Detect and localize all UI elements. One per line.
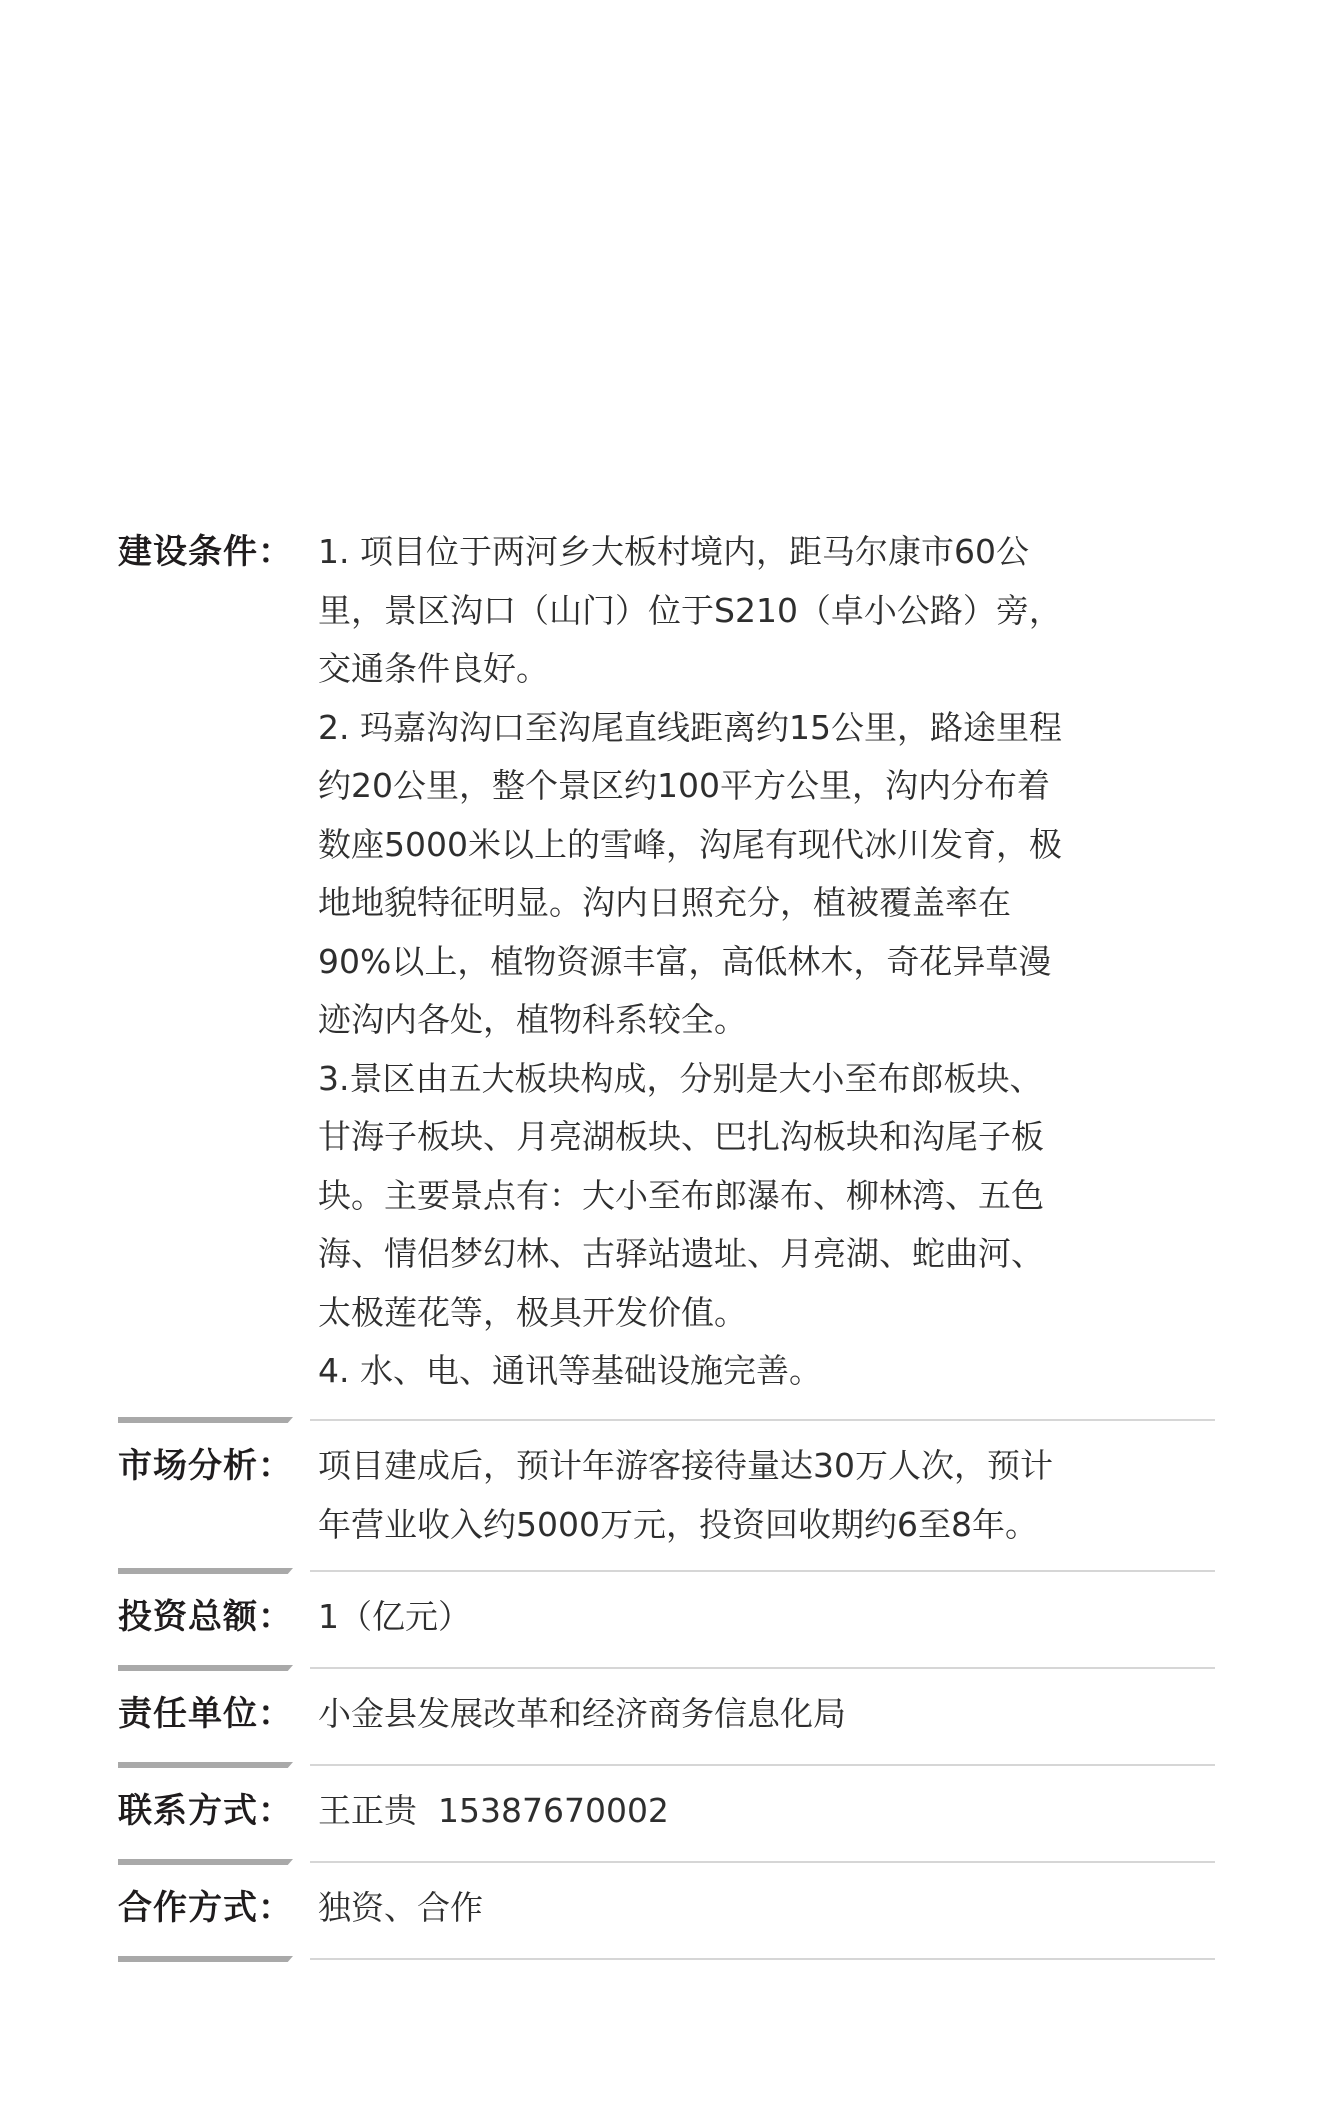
section-body: 1. 项目位于两河乡大板村境内，距马尔康市60公 里，景区沟口（山门）位于S21… xyxy=(318,523,1215,1401)
body-line: 地地貌特征明显。沟内日照充分，植被覆盖率在 xyxy=(318,874,1215,933)
body-line: 里，景区沟口（山门）位于S210（卓小公路）旁， xyxy=(318,582,1215,641)
divider-accent-bar xyxy=(118,1956,293,1962)
body-line: 3.景区由五大板块构成，分别是大小至布郎板块、 xyxy=(318,1050,1215,1109)
divider-rule xyxy=(310,1667,1215,1669)
section-label: 市场分析： xyxy=(118,1437,318,1495)
body-line: 迹沟内各处，植物科系较全。 xyxy=(318,991,1215,1050)
section-divider xyxy=(118,1417,1215,1425)
body-line: 年营业收入约5000万元，投资回收期约6至8年。 xyxy=(318,1496,1215,1555)
responsible-unit-name: 小金县发展改革和经济商务信息化局 xyxy=(318,1685,1215,1744)
section-body: 项目建成后，预计年游客接待量达30万人次，预计 年营业收入约5000万元，投资回… xyxy=(318,1437,1215,1554)
divider-accent-bar xyxy=(118,1859,293,1865)
section-label: 投资总额： xyxy=(118,1588,318,1646)
body-line: 数座5000米以上的雪峰，沟尾有现代冰川发育，极 xyxy=(318,816,1215,875)
body-line: 1. 项目位于两河乡大板村境内，距马尔康市60公 xyxy=(318,523,1215,582)
divider-rule xyxy=(310,1861,1215,1863)
section-label: 合作方式： xyxy=(118,1879,318,1937)
section-body: 1（亿元） xyxy=(318,1588,1215,1647)
body-line: 约20公里，整个景区约100平方公里，沟内分布着 xyxy=(318,757,1215,816)
section-divider xyxy=(118,1956,1215,1964)
contact-info: 王正贵 15387670002 xyxy=(318,1782,1215,1841)
body-line: 90%以上，植物资源丰富，高低林木，奇花异草漫 xyxy=(318,933,1215,992)
section-body: 独资、合作 xyxy=(318,1879,1215,1938)
section-divider xyxy=(118,1762,1215,1770)
body-line: 海、情侣梦幻林、古驿站遗址、月亮湖、蛇曲河、 xyxy=(318,1225,1215,1284)
divider-accent-bar xyxy=(118,1665,293,1671)
divider-rule xyxy=(310,1764,1215,1766)
divider-accent-bar xyxy=(118,1762,293,1768)
divider-rule xyxy=(310,1419,1215,1421)
investment-amount: 1（亿元） xyxy=(318,1588,1215,1647)
body-line: 块。主要景点有：大小至布郎瀑布、柳林湾、五色 xyxy=(318,1167,1215,1226)
body-line: 甘海子板块、月亮湖板块、巴扎沟板块和沟尾子板 xyxy=(318,1108,1215,1167)
section-divider xyxy=(118,1665,1215,1673)
section-body: 王正贵 15387670002 xyxy=(318,1782,1215,1841)
divider-rule xyxy=(310,1570,1215,1572)
cooperation-mode-value: 独资、合作 xyxy=(318,1879,1215,1938)
body-line: 太极莲花等，极具开发价值。 xyxy=(318,1284,1215,1343)
divider-rule xyxy=(310,1958,1215,1960)
section-body: 小金县发展改革和经济商务信息化局 xyxy=(318,1685,1215,1744)
body-line: 交通条件良好。 xyxy=(318,640,1215,699)
section-label: 建设条件： xyxy=(118,523,318,581)
section-label: 责任单位： xyxy=(118,1685,318,1743)
divider-accent-bar xyxy=(118,1417,293,1423)
section-label: 联系方式： xyxy=(118,1782,318,1840)
body-line: 2. 玛嘉沟沟口至沟尾直线距离约15公里，路途里程 xyxy=(318,699,1215,758)
section-divider xyxy=(118,1568,1215,1576)
divider-accent-bar xyxy=(118,1568,293,1574)
body-line: 项目建成后，预计年游客接待量达30万人次，预计 xyxy=(318,1437,1215,1496)
body-line: 4. 水、电、通讯等基础设施完善。 xyxy=(318,1342,1215,1401)
section-divider xyxy=(118,1859,1215,1867)
